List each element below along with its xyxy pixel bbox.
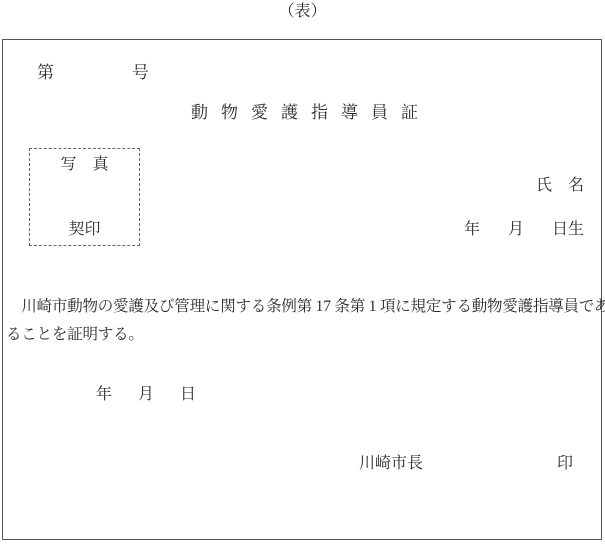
birth-year-label: 年: [464, 221, 480, 239]
birth-month-label: 月: [508, 221, 524, 239]
photo-label: 写 真: [30, 156, 139, 174]
seal-placeholder: 印: [557, 455, 573, 473]
number-prefix: 第: [37, 64, 54, 83]
body-text-line-1: 川崎市動物の愛護及び管理に関する条例第 17 条第 1 項に規定する動物愛護指導…: [6, 293, 602, 321]
certificate-page: （表） 第 号 動物愛護指導員証 写 真 契印 氏 名 年 月 日生 川崎市動物…: [0, 0, 605, 548]
issue-date-line: 年 月 日: [96, 386, 196, 404]
certificate-frame: 第 号 動物愛護指導員証 写 真 契印 氏 名 年 月 日生 川崎市動物の愛護及…: [2, 39, 602, 540]
photo-box: 写 真 契印: [29, 148, 140, 246]
birthdate-field-line: 年 月 日生: [464, 221, 584, 239]
birth-day-label: 日生: [552, 221, 584, 239]
certificate-title: 動物愛護指導員証: [191, 104, 431, 123]
date-month-label: 月: [138, 386, 154, 404]
body-text-line-2: ることを証明する。: [6, 321, 602, 349]
certificate-number-line: 第 号: [37, 64, 149, 83]
date-day-label: 日: [180, 386, 196, 404]
number-suffix: 号: [132, 64, 149, 83]
side-label: （表）: [278, 3, 326, 21]
date-year-label: 年: [96, 386, 112, 404]
certificate-body-text: 川崎市動物の愛護及び管理に関する条例第 17 条第 1 項に規定する動物愛護指導…: [6, 293, 602, 349]
issuer-title: 川崎市長: [359, 455, 423, 473]
name-field-label: 氏 名: [536, 177, 584, 195]
seal-joint-label: 契印: [30, 221, 139, 239]
